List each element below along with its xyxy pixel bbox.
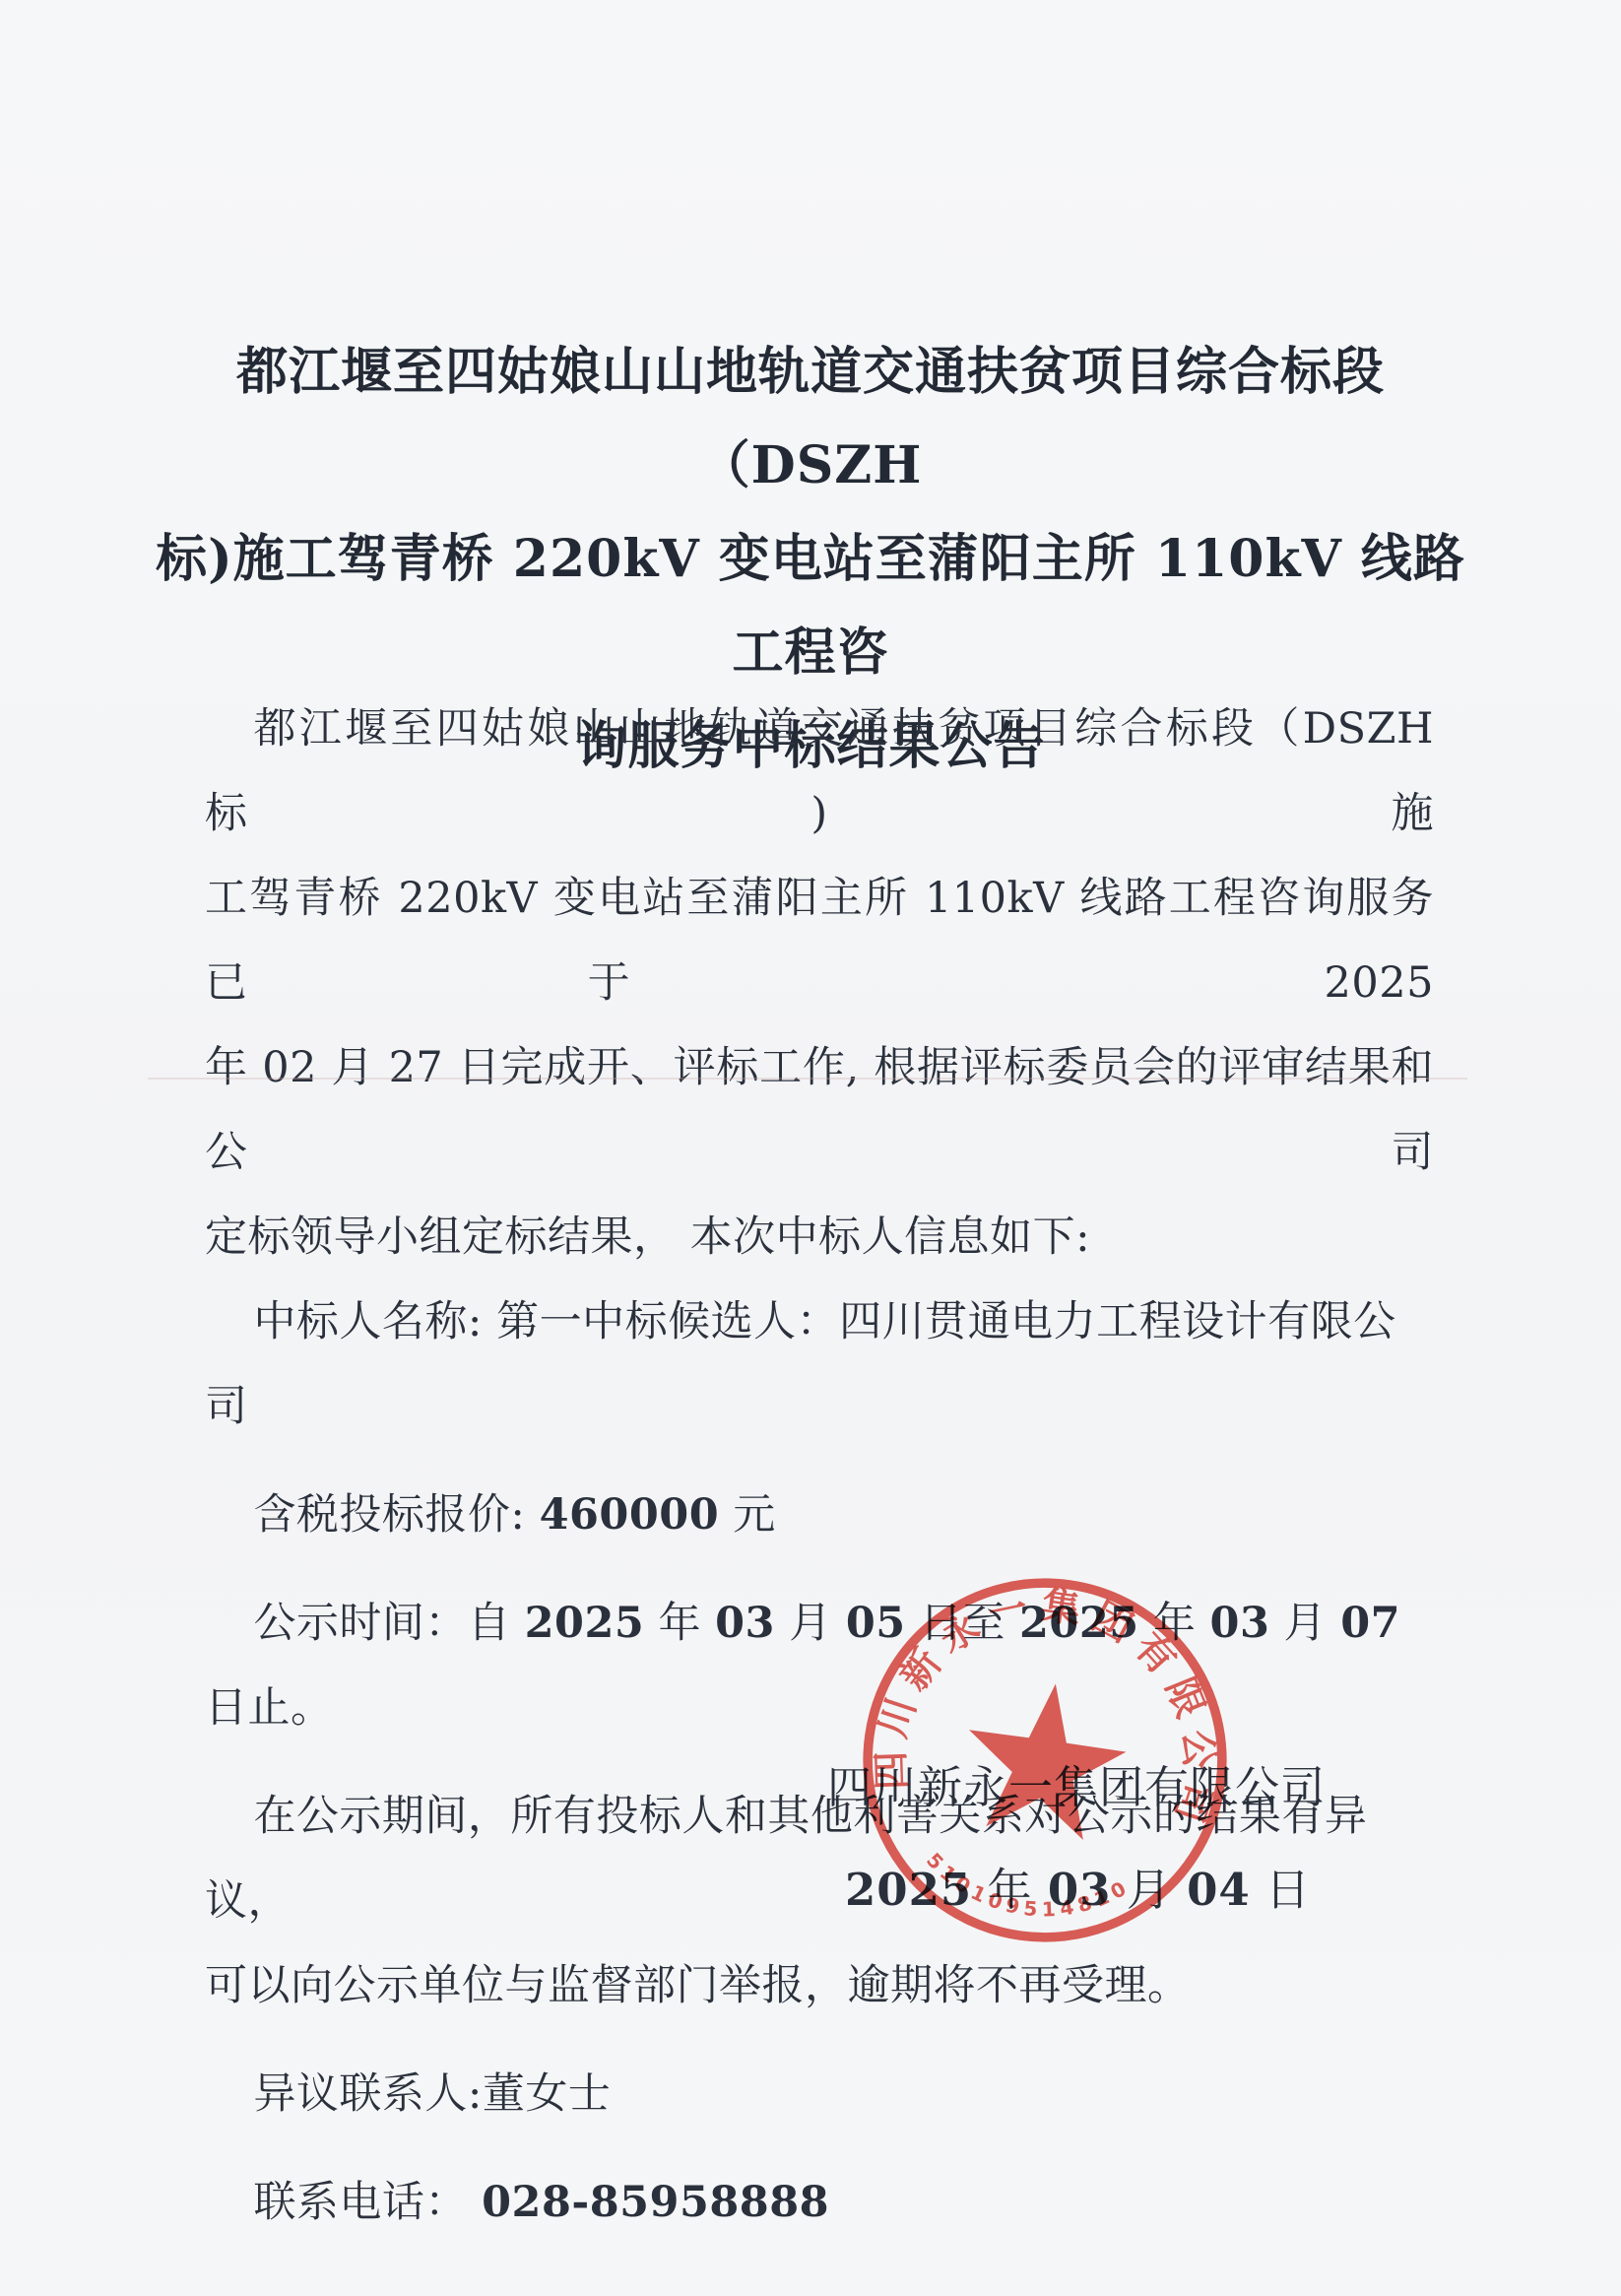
title-line-2: 标)施工驾青桥 220kV 变电站至蒲阳主所 110kV 线路工程咨 <box>148 512 1473 699</box>
winner-name-line: 中标人名称: 第一中标候选人：四川贯通电力工程设计有限公司 <box>205 1279 1434 1449</box>
body-line: 定标领导小组定标结果， 本次中标人信息如下: <box>205 1195 1434 1279</box>
document-page: 都江堰至四姑娘山山地轨道交通扶贫项目综合标段（DSZH 标)施工驾青桥 220k… <box>0 0 1621 2296</box>
contact-phone-line: 联系电话： 028-85958888 <box>205 2160 1434 2245</box>
contact-person-line: 异议联系人:董女士 <box>205 2052 1434 2136</box>
publicity-period-line: 公示时间：自 2025 年 03 月 05 日至 2025 年 03 月 07 … <box>205 1581 1434 1750</box>
scan-artifact-line <box>148 1078 1467 1080</box>
bid-price-line: 含税投标报价: 460000 元 <box>205 1473 1434 1557</box>
body-line: 都江堰至四姑娘山山地轨道交通扶贫项目综合标段（DSZH 标)施 <box>205 687 1434 856</box>
body-line: 年 02 月 27 日完成开、评标工作, 根据评标委员会的评审结果和公司 <box>205 1025 1434 1195</box>
objection-line-2: 可以向公示单位与监督部门举报，逾期将不再受理。 <box>205 1943 1434 2028</box>
title-line-1: 都江堰至四姑娘山山地轨道交通扶贫项目综合标段（DSZH <box>148 325 1473 512</box>
body-line: 工驾青桥 220kV 变电站至蒲阳主所 110kV 线路工程咨询服务已于 202… <box>205 856 1434 1025</box>
objection-line: 在公示期间，所有投标人和其他利害关系对公示的结果有异议， <box>205 1774 1434 1943</box>
announcement-body: 都江堰至四姑娘山山地轨道交通扶贫项目综合标段（DSZH 标)施 工驾青桥 220… <box>205 687 1434 2245</box>
